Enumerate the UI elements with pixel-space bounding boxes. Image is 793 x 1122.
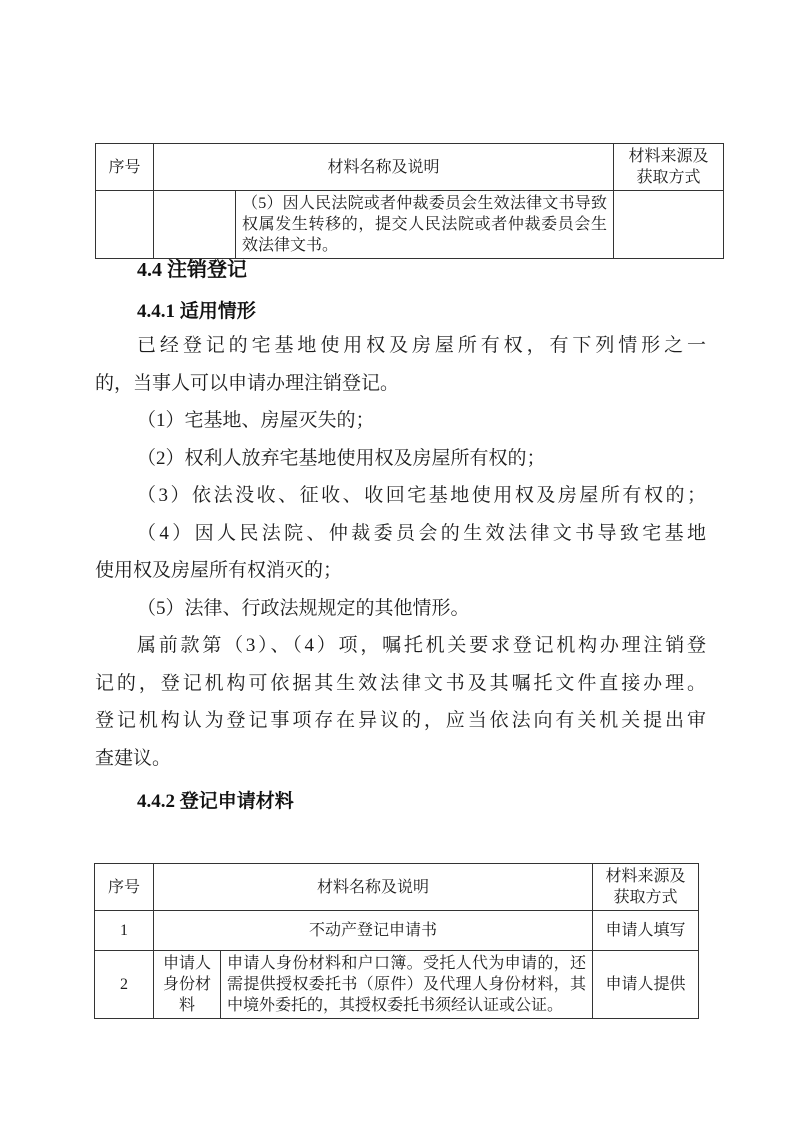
table-materials-header-row: 序号 材料名称及说明 材料来源及 获取方式 [95,864,699,911]
text-line: （5）法律、行政法规规定的其他情形。 [95,590,706,628]
header-serial-number: 序号 [96,144,154,191]
cell-description: 申请人身份材料和户口簿。受托人代为申请的，还需提供授权委托书（原件）及代理人身份… [221,951,593,1019]
document-page: 序号 材料名称及说明 材料来源及 获取方式 （5）因人民法院或者仲裁委员会生效法… [0,0,793,1122]
header-material-source: 材料来源及 获取方式 [593,864,699,911]
text-line: 的，当事人可以申请办理注销登记。 [95,365,706,403]
text-line: 登记机构认为登记事项存在异议的，应当依法向有关机关提出审 [95,702,706,740]
cell-serial: 1 [95,911,154,951]
header-serial-number: 序号 [95,864,154,911]
cell-source-empty [614,191,724,259]
table-continued-row: （5）因人民法院或者仲裁委员会生效法律文书导致权属发生转移的，提交人民法院或者仲… [96,191,724,259]
cell-source: 申请人填写 [593,911,699,951]
header-material-name: 材料名称及说明 [154,864,593,911]
table-row-2: 2 申请人身份材料 申请人身份材料和户口簿。受托人代为申请的，还需提供授权委托书… [95,951,699,1019]
text-line: 查建议。 [95,740,706,778]
header-material-source: 材料来源及 获取方式 [614,144,724,191]
cell-material-empty [154,191,236,259]
cell-material-name: 不动产登记申请书 [154,911,593,951]
text-line: 属前款第（3）、（4）项，嘱托机关要求登记机构办理注销登 [95,627,706,665]
cell-serial: 2 [95,951,154,1019]
section-title-4-4-1: 4.4.1 适用情形 [137,296,256,323]
header-material-source-line1: 材料来源及 [620,146,717,167]
table-continued: 序号 材料名称及说明 材料来源及 获取方式 （5）因人民法院或者仲裁委员会生效法… [95,143,724,259]
table-materials: 序号 材料名称及说明 材料来源及 获取方式 1 不动产登记申请书 申请人填写 2… [94,863,699,1019]
text-line: 已经登记的宅基地使用权及房屋所有权，有下列情形之一 [95,327,706,365]
cell-description: （5）因人民法院或者仲裁委员会生效法律文书导致权属发生转移的，提交人民法院或者仲… [236,191,614,259]
cell-source: 申请人提供 [593,951,699,1019]
text-line: 使用权及房屋所有权消灭的； [95,552,706,590]
text-line: （4）因人民法院、仲裁委员会的生效法律文书导致宅基地 [95,515,706,553]
section-title-4-4: 4.4 注销登记 [137,253,247,282]
header-material-source-line2: 获取方式 [599,887,692,908]
text-line: 记的，登记机构可依据其生效法律文书及其嘱托文件直接办理。 [95,665,706,703]
text-line: （2）权利人放弃宅基地使用权及房屋所有权的； [95,440,706,478]
header-material-source-line2: 获取方式 [620,167,717,188]
header-material-source-line1: 材料来源及 [599,866,692,887]
cell-material-name: 申请人身份材料 [154,951,221,1019]
section-4-4-1-body: 已经登记的宅基地使用权及房屋所有权，有下列情形之一 的，当事人可以申请办理注销登… [95,327,706,777]
text-line: （1）宅基地、房屋灭失的； [95,402,706,440]
text-line: （3）依法没收、征收、收回宅基地使用权及房屋所有权的； [95,477,706,515]
table-row-1: 1 不动产登记申请书 申请人填写 [95,911,699,951]
cell-serial-empty [96,191,154,259]
section-title-4-4-2: 4.4.2 登记申请材料 [137,786,294,813]
header-material-name: 材料名称及说明 [154,144,614,191]
table-continued-header-row: 序号 材料名称及说明 材料来源及 获取方式 [96,144,724,191]
